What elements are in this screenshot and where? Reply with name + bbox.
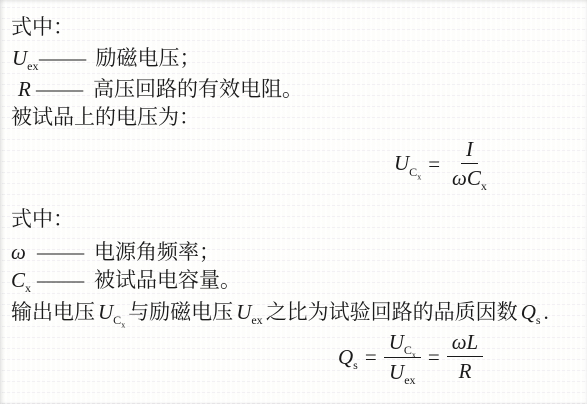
subscript-x: x — [121, 321, 125, 330]
numerator-i: I — [461, 136, 478, 164]
subscript-s: s — [536, 313, 541, 327]
symbol-omega: ω — [11, 239, 37, 265]
definition-row-uex: Uex——励磁电压； — [12, 45, 201, 71]
where-label-2: 式中： — [11, 206, 74, 232]
symbol-cx: Cx — [11, 267, 37, 293]
var-omega: ω — [11, 240, 26, 264]
definition-text-cx: 被试品电容量。 — [84, 268, 241, 292]
symbol-r: R — [18, 76, 36, 102]
em-dash: —— — [36, 76, 91, 102]
var-r: R — [18, 77, 31, 101]
numerator-ucx: UCx — [384, 329, 421, 358]
subscript-ex: ex — [251, 313, 262, 327]
fraction-omega-l-over-r: ωL R — [447, 329, 484, 385]
fraction-i-over-omega-cx: I ωCx — [447, 136, 492, 192]
var-u-subscript-c: Cx — [409, 165, 421, 179]
definition-row-omega: ω——电源角频率； — [11, 239, 220, 265]
em-dash: —— — [39, 45, 94, 71]
para2-text-3: 之比为试验回路的品质因数 — [266, 300, 518, 324]
formula-ucx: UCx = I ωCx — [394, 136, 492, 192]
var-u: U — [394, 151, 409, 175]
equals-sign: = — [428, 151, 440, 177]
para2-period: . — [544, 300, 549, 324]
definition-text-uex: 励磁电压； — [86, 46, 201, 70]
subscript-ex: ex — [404, 373, 415, 387]
scanned-document-page: 式中： Uex——励磁电压； R——高压回路的有效电阻。 被试品上的电压为： U… — [0, 0, 587, 404]
para2-text-1: 输出电压 — [11, 300, 95, 324]
paragraph-quality-factor: 输出电压UCx与励磁电压Uex之比为试验回路的品质因数Qs. — [11, 299, 549, 326]
var-u: U — [12, 46, 27, 70]
fraction-ucx-over-uex: UCx Uex — [384, 329, 421, 385]
inline-symbol-ucx: UCx — [98, 300, 125, 324]
subscript-x: x — [417, 172, 421, 181]
inline-symbol-qs: Qs — [521, 300, 541, 324]
equals-sign: = — [428, 344, 440, 370]
denominator-omega-cx: ωCx — [447, 164, 492, 191]
definition-text-r: 高压回路的有效电阻。 — [83, 77, 303, 101]
formula-ucx-lhs: UCx — [394, 150, 421, 177]
para2-text-2: 与励磁电压 — [128, 300, 233, 324]
formula-qs-lhs: Qs — [338, 344, 358, 370]
definition-row-r: R——高压回路的有效电阻。 — [18, 76, 303, 102]
definition-row-cx: Cx——被试品电容量。 — [11, 267, 241, 293]
paragraph-test-object-voltage: 被试品上的电压为： — [11, 104, 200, 130]
symbol-uex: Uex — [12, 45, 39, 71]
definition-text-omega: 电源角频率； — [84, 240, 220, 264]
var-c: C — [11, 268, 25, 292]
em-dash: —— — [37, 267, 92, 293]
equals-sign: = — [365, 344, 377, 370]
denominator-r: R — [454, 357, 477, 384]
var-q: Q — [338, 345, 353, 369]
formula-qs: Qs = UCx Uex = ωL R — [338, 329, 483, 385]
where-label-1: 式中： — [11, 14, 74, 40]
subscript-s: s — [353, 358, 358, 372]
subscript-x: x — [481, 179, 487, 193]
numerator-omega-l: ωL — [447, 329, 484, 357]
denominator-uex: Uex — [384, 358, 421, 385]
var-u-subscript: ex — [27, 59, 38, 73]
inline-symbol-uex: Uex — [236, 300, 263, 324]
var-c-subscript: x — [25, 281, 31, 295]
em-dash: —— — [37, 239, 92, 265]
